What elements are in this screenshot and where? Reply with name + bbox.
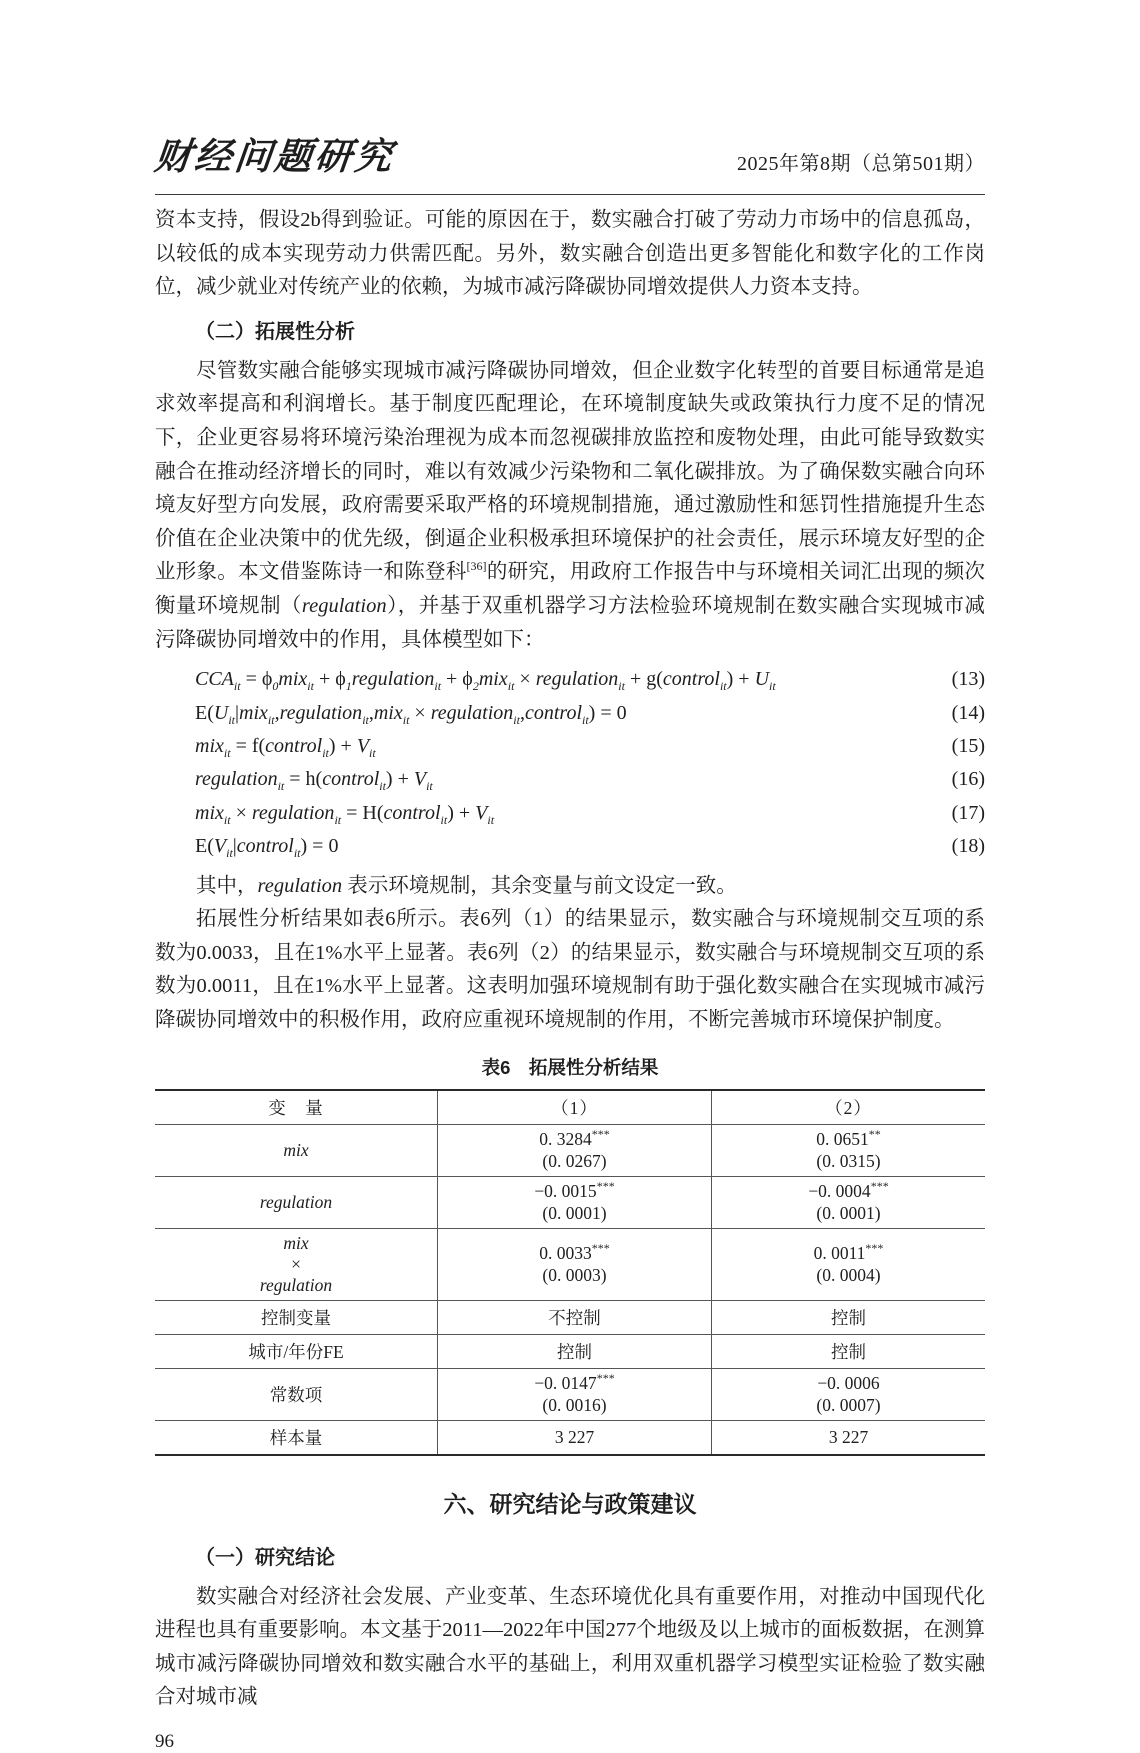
coefficient: −0. 0006	[718, 1373, 979, 1394]
equation-formula: regulationit = h(controlit) + Vit	[155, 763, 433, 796]
equation-18: E(Vit|controlit) = 0 (18)	[155, 830, 985, 863]
equation-17: mixit × regulationit = H(controlit) + Vi…	[155, 797, 985, 830]
row-label: mix×regulation	[155, 1229, 437, 1300]
paragraph-continuation: 资本支持，假设2b得到验证。可能的原因在于，数实融合打破了劳动力市场中的信息孤岛…	[155, 204, 985, 305]
coefficient: 0. 0033***	[444, 1243, 705, 1264]
table-row: 控制变量 不控制 控制	[155, 1301, 985, 1335]
cell-col1: −0. 0147*** (0. 0016)	[437, 1369, 711, 1420]
page-header: 财经问题研究 2025年第8期（总第501期）	[155, 126, 985, 195]
equation-number: (17)	[952, 797, 985, 830]
std-error: (0. 0001)	[444, 1203, 705, 1224]
row-label: mix	[155, 1125, 437, 1176]
cell-col1: −0. 0015*** (0. 0001)	[437, 1177, 711, 1228]
cell-col2: 控制	[711, 1301, 985, 1334]
std-error: (0. 0016)	[444, 1395, 705, 1416]
cell-col2: 0. 0651** (0. 0315)	[711, 1125, 985, 1176]
table-row: mix×regulation 0. 0033*** (0. 0003) 0. 0…	[155, 1229, 985, 1301]
row-label: 城市/年份FE	[155, 1335, 437, 1368]
equation-number: (15)	[952, 730, 985, 763]
paragraph-where: 其中，regulation 表示环境规制，其余变量与前文设定一致。	[155, 870, 985, 904]
page-number: 96	[155, 1731, 985, 1753]
paragraph-results: 拓展性分析结果如表6所示。表6列（1）的结果显示，数实融合与环境规制交互项的系数…	[155, 903, 985, 1037]
row-label: 样本量	[155, 1421, 437, 1454]
heading-research-conclusion: （一）研究结论	[155, 1543, 985, 1573]
column-header-variable: 变 量	[155, 1091, 437, 1124]
equation-13: CCAit = ϕ0mixit + ϕ1regulationit + ϕ2mix…	[155, 663, 985, 696]
equation-14: E(Uit|mixit,regulationit,mixit × regulat…	[155, 697, 985, 730]
std-error: (0. 0007)	[718, 1395, 979, 1416]
cell-col1: 控制	[437, 1335, 711, 1368]
equation-formula: E(Uit|mixit,regulationit,mixit × regulat…	[155, 697, 627, 730]
coefficient: 0. 0651**	[718, 1129, 979, 1150]
equation-number: (16)	[952, 763, 985, 796]
equation-number: (13)	[952, 663, 985, 696]
coefficient: 0. 3284***	[444, 1129, 705, 1150]
coefficient: −0. 0015***	[444, 1181, 705, 1202]
row-label: 常数项	[155, 1369, 437, 1420]
journal-logo: 财经问题研究	[152, 126, 398, 180]
equation-number: (14)	[952, 697, 985, 730]
heading-expansion-analysis: （二）拓展性分析	[155, 317, 985, 347]
row-label: regulation	[155, 1177, 437, 1228]
cell-col1: 0. 3284*** (0. 0267)	[437, 1125, 711, 1176]
column-header-2: （2）	[711, 1091, 985, 1124]
paragraph-expansion: 尽管数实融合能够实现城市减污降碳协同增效，但企业数字化转型的首要目标通常是追求效…	[155, 355, 985, 657]
table-row: 常数项 −0. 0147*** (0. 0016) −0. 0006 (0. 0…	[155, 1369, 985, 1421]
cell-col2: 3 227	[711, 1421, 985, 1454]
cell-col1: 不控制	[437, 1301, 711, 1334]
issue-info: 2025年第8期（总第501期）	[737, 147, 985, 180]
table-row: mix 0. 3284*** (0. 0267) 0. 0651** (0. 0…	[155, 1125, 985, 1177]
equation-formula: mixit = f(controlit) + Vit	[155, 730, 376, 763]
cell-col2: 0. 0011*** (0. 0004)	[711, 1229, 985, 1300]
cell-col1: 3 227	[437, 1421, 711, 1454]
table-row: 样本量 3 227 3 227	[155, 1421, 985, 1454]
table-title: 表6 拓展性分析结果	[155, 1054, 985, 1080]
std-error: (0. 0315)	[718, 1151, 979, 1172]
cell-col2: 控制	[711, 1335, 985, 1368]
std-error: (0. 0004)	[718, 1265, 979, 1286]
results-table: 变 量 （1） （2） mix 0. 3284*** (0. 0267) 0. …	[155, 1089, 985, 1456]
cell-col2: −0. 0006 (0. 0007)	[711, 1369, 985, 1420]
column-header-1: （1）	[437, 1091, 711, 1124]
coefficient: −0. 0004***	[718, 1181, 979, 1202]
equation-formula: mixit × regulationit = H(controlit) + Vi…	[155, 797, 494, 830]
coefficient: 0. 0011***	[718, 1243, 979, 1264]
cell-col1: 0. 0033*** (0. 0003)	[437, 1229, 711, 1300]
std-error: (0. 0267)	[444, 1151, 705, 1172]
std-error: (0. 0001)	[718, 1203, 979, 1224]
paper-page: 财经问题研究 2025年第8期（总第501期） 资本支持，假设2b得到验证。可能…	[0, 0, 1140, 1600]
table-header-row: 变 量 （1） （2）	[155, 1091, 985, 1125]
equation-15: mixit = f(controlit) + Vit (15)	[155, 730, 985, 763]
paragraph-conclusion: 数实融合对经济社会发展、产业变革、生态环境优化具有重要作用，对推动中国现代化进程…	[155, 1581, 985, 1715]
equation-formula: E(Vit|controlit) = 0	[155, 830, 338, 863]
table-row: regulation −0. 0015*** (0. 0001) −0. 000…	[155, 1177, 985, 1229]
row-label: 控制变量	[155, 1301, 437, 1334]
equation-formula: CCAit = ϕ0mixit + ϕ1regulationit + ϕ2mix…	[155, 663, 776, 696]
table-row: 城市/年份FE 控制 控制	[155, 1335, 985, 1369]
equation-16: regulationit = h(controlit) + Vit (16)	[155, 763, 985, 796]
equation-block: CCAit = ϕ0mixit + ϕ1regulationit + ϕ2mix…	[155, 663, 985, 863]
coefficient: −0. 0147***	[444, 1373, 705, 1394]
cell-col2: −0. 0004*** (0. 0001)	[711, 1177, 985, 1228]
heading-conclusion-section: 六、研究结论与政策建议	[155, 1486, 985, 1519]
std-error: (0. 0003)	[444, 1265, 705, 1286]
equation-number: (18)	[952, 830, 985, 863]
